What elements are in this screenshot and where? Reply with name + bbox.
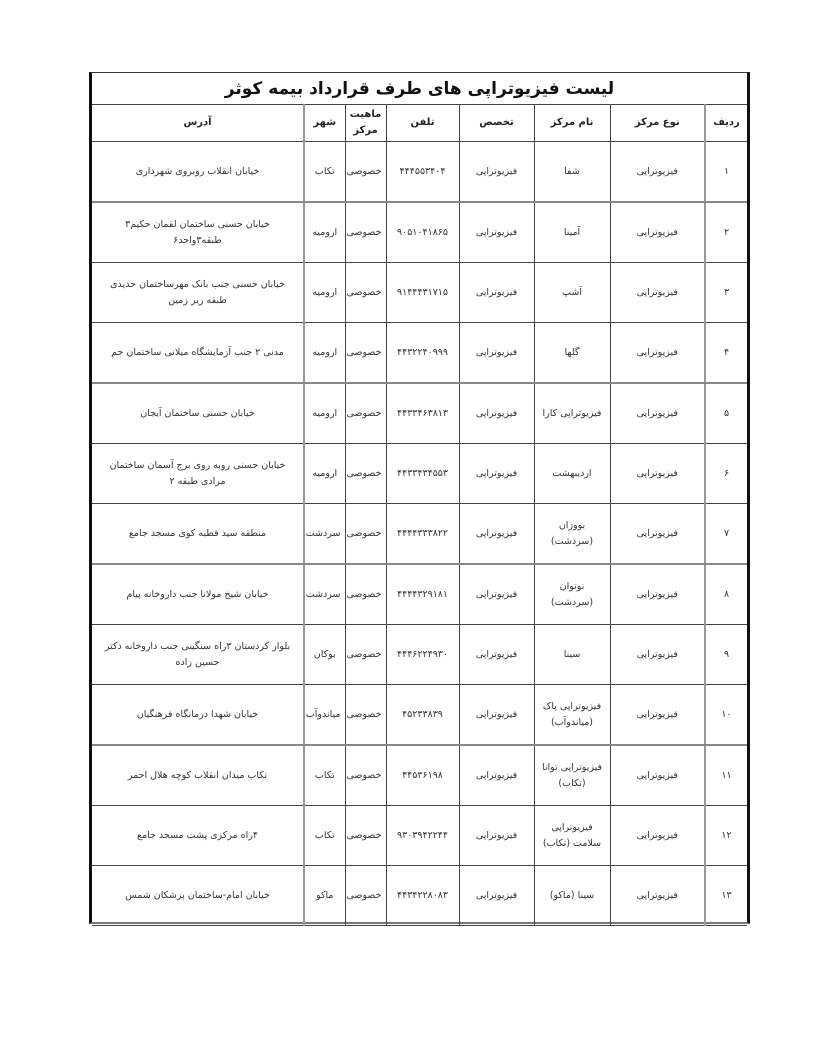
cell-specialty: فیزیوتراپی	[459, 564, 534, 625]
cell-center-name: فیزیوتراپی توانا (تکاب)	[534, 745, 610, 806]
cell-phone: ۴۴۴۵۵۳۴۰۴	[386, 142, 459, 203]
cell-center-name: فیزیوتراپی سلامت (تکاب)	[534, 806, 610, 866]
cell-index: ۱۰	[705, 685, 747, 746]
cell-index: ۶	[705, 444, 747, 504]
cell-city: ارومیه	[304, 202, 345, 263]
cell-address: خیابان حسنی جنب بانک مهرساختمان حدیدی طب…	[92, 263, 304, 323]
cell-center-type: فیزیوتراپی	[610, 625, 705, 685]
cell-city: سردشت	[304, 504, 345, 565]
cell-phone: ۴۴۵۳۶۱۹۸	[386, 745, 459, 806]
table-row: ۵ فیزیوتراپی فیزیوتراپی کارا فیزیوتراپی …	[92, 383, 747, 444]
cell-center-name: سینا	[534, 625, 610, 685]
cell-center-type: فیزیوتراپی	[610, 202, 705, 263]
cell-specialty: فیزیوتراپی	[459, 806, 534, 866]
cell-ownership: خصوصی	[345, 564, 386, 625]
cell-address: بلوار کردستان ۳راه سنگینی جنب داروخانه د…	[92, 625, 304, 685]
cell-center-name: نوتوان (سردشت)	[534, 564, 610, 625]
cell-index: ۹	[705, 625, 747, 685]
document-title: لیست فیزیوتراپی های طرف قرارداد بیمه کوث…	[92, 73, 747, 105]
cell-index: ۵	[705, 383, 747, 444]
cell-center-name: سینا (ماکو)	[534, 866, 610, 926]
cell-phone: ۴۴۳۴۲۲۸۰۸۳	[386, 866, 459, 926]
table-row: ۳ فیزیوتراپی آشپ فیزیوتراپی ۹۱۴۴۴۳۱۷۱۵ خ…	[92, 263, 747, 323]
cell-ownership: خصوصی	[345, 806, 386, 866]
header-ownership: ماهیت مرکز	[345, 105, 386, 142]
cell-center-type: فیزیوتراپی	[610, 745, 705, 806]
cell-center-type: فیزیوتراپی	[610, 323, 705, 384]
cell-center-name: فیزیوتراپی کارا	[534, 383, 610, 444]
cell-center-type: فیزیوتراپی	[610, 383, 705, 444]
cell-ownership: خصوصی	[345, 685, 386, 746]
cell-index: ۴	[705, 323, 747, 384]
cell-center-name: شفا	[534, 142, 610, 203]
cell-phone: ۹۳۰۳۹۴۲۲۴۴	[386, 806, 459, 866]
cell-index: ۱۳	[705, 866, 747, 926]
cell-ownership: خصوصی	[345, 263, 386, 323]
cell-index: ۲	[705, 202, 747, 263]
cell-phone: ۴۴۳۳۴۶۳۸۱۳	[386, 383, 459, 444]
cell-specialty: فیزیوتراپی	[459, 625, 534, 685]
cell-address: خیابان حسنی ساختمان لقمان حکیم۳ طبقه۳واح…	[92, 202, 304, 263]
cell-specialty: فیزیوتراپی	[459, 504, 534, 565]
table-row: ۱۰ فیزیوتراپی فیزیوتراپی پاک (میاندوآب) …	[92, 685, 747, 746]
cell-city: ارومیه	[304, 444, 345, 504]
header-center-name: نام مرکز	[534, 105, 610, 142]
cell-phone: ۴۴۴۴۳۲۹۱۸۱	[386, 564, 459, 625]
cell-specialty: فیزیوتراپی	[459, 866, 534, 926]
cell-address: مدنی ۲ جنب آزمایشگاه میلانی ساختمان جم	[92, 323, 304, 384]
cell-address: خیابان شیخ مولانا جنب داروخانه پیام	[92, 564, 304, 625]
cell-ownership: خصوصی	[345, 745, 386, 806]
cell-city: بوکان	[304, 625, 345, 685]
cell-city: میاندوآب	[304, 685, 345, 746]
cell-city: ارومیه	[304, 323, 345, 384]
cell-center-type: فیزیوتراپی	[610, 806, 705, 866]
cell-address: خیابان انقلاب روبروی شهرداری	[92, 142, 304, 203]
cell-address: منطقه سید قطبه کوی مسجد جامع	[92, 504, 304, 565]
cell-city: تکاب	[304, 142, 345, 203]
header-address: آدرس	[92, 105, 304, 142]
table-row: ۱۱ فیزیوتراپی فیزیوتراپی توانا (تکاب) فی…	[92, 745, 747, 806]
table-header-row: ردیف نوع مرکز نام مرکز تخصص تلفن ماهیت م…	[92, 105, 747, 142]
table-row: ۶ فیزیوتراپی اردیبهشت فیزیوتراپی ۴۴۳۳۴۳۴…	[92, 444, 747, 504]
header-specialty: تخصص	[459, 105, 534, 142]
cell-ownership: خصوصی	[345, 625, 386, 685]
cell-center-type: فیزیوتراپی	[610, 685, 705, 746]
cell-center-name: گلها	[534, 323, 610, 384]
cell-ownership: خصوصی	[345, 202, 386, 263]
cell-specialty: فیزیوتراپی	[459, 745, 534, 806]
table-row: ۹ فیزیوتراپی سینا فیزیوتراپی ۴۴۴۶۲۲۴۹۳۰ …	[92, 625, 747, 685]
cell-address: خیابان شهدا درمانگاه فرهنگیان	[92, 685, 304, 746]
cell-specialty: فیزیوتراپی	[459, 383, 534, 444]
table-row: ۲ فیزیوتراپی آمینا فیزیوتراپی ۹۰۵۱۰۴۱۸۶۵…	[92, 202, 747, 263]
table-row: ۴ فیزیوتراپی گلها فیزیوتراپی ۴۴۳۲۲۴۰۹۹۹ …	[92, 323, 747, 384]
physiotherapy-centers-table: ردیف نوع مرکز نام مرکز تخصص تلفن ماهیت م…	[92, 104, 747, 926]
header-phone: تلفن	[386, 105, 459, 142]
document-sheet: لیست فیزیوتراپی های طرف قرارداد بیمه کوث…	[89, 72, 750, 924]
cell-phone: ۴۵۲۳۳۸۳۹	[386, 685, 459, 746]
table-row: ۱ فیزیوتراپی شفا فیزیوتراپی ۴۴۴۵۵۳۴۰۴ خص…	[92, 142, 747, 203]
cell-ownership: خصوصی	[345, 866, 386, 926]
cell-city: ماکو	[304, 866, 345, 926]
header-city: شهر	[304, 105, 345, 142]
cell-city: تکاب	[304, 745, 345, 806]
cell-center-type: فیزیوتراپی	[610, 263, 705, 323]
header-center-type: نوع مرکز	[610, 105, 705, 142]
table-row: ۱۳ فیزیوتراپی سینا (ماکو) فیزیوتراپی ۴۴۳…	[92, 866, 747, 926]
cell-phone: ۹۰۵۱۰۴۱۸۶۵	[386, 202, 459, 263]
cell-center-type: فیزیوتراپی	[610, 504, 705, 565]
cell-address: خیابان حسنی روبه روی برج آسمان ساختمان م…	[92, 444, 304, 504]
cell-center-name: فیزیوتراپی پاک (میاندوآب)	[534, 685, 610, 746]
cell-center-type: فیزیوتراپی	[610, 142, 705, 203]
cell-center-type: فیزیوتراپی	[610, 866, 705, 926]
cell-address: ۴راه مرکزی پشت مسجد جامع	[92, 806, 304, 866]
cell-ownership: خصوصی	[345, 444, 386, 504]
cell-index: ۳	[705, 263, 747, 323]
cell-address: خیابان امام-ساختمان پزشکان شمس	[92, 866, 304, 926]
cell-ownership: خصوصی	[345, 504, 386, 565]
cell-index: ۱۲	[705, 806, 747, 866]
cell-phone: ۴۴۳۲۲۴۰۹۹۹	[386, 323, 459, 384]
cell-center-type: فیزیوتراپی	[610, 444, 705, 504]
cell-center-name: بووژان (سردشت)	[534, 504, 610, 565]
cell-specialty: فیزیوتراپی	[459, 685, 534, 746]
cell-index: ۱	[705, 142, 747, 203]
cell-city: تکاب	[304, 806, 345, 866]
cell-specialty: فیزیوتراپی	[459, 202, 534, 263]
cell-address: تکاب میدان انقلاب کوچه هلال احمر	[92, 745, 304, 806]
cell-address: خیابان حسنی ساختمان آیجان	[92, 383, 304, 444]
cell-ownership: خصوصی	[345, 142, 386, 203]
header-index: ردیف	[705, 105, 747, 142]
table-row: ۷ فیزیوتراپی بووژان (سردشت) فیزیوتراپی ۴…	[92, 504, 747, 565]
cell-phone: ۴۴۴۴۳۳۳۸۲۲	[386, 504, 459, 565]
cell-specialty: فیزیوتراپی	[459, 142, 534, 203]
cell-center-name: اردیبهشت	[534, 444, 610, 504]
cell-ownership: خصوصی	[345, 383, 386, 444]
cell-specialty: فیزیوتراپی	[459, 323, 534, 384]
cell-center-name: آشپ	[534, 263, 610, 323]
cell-specialty: فیزیوتراپی	[459, 444, 534, 504]
cell-city: ارومیه	[304, 263, 345, 323]
table-row: ۸ فیزیوتراپی نوتوان (سردشت) فیزیوتراپی ۴…	[92, 564, 747, 625]
table-row: ۱۲ فیزیوتراپی فیزیوتراپی سلامت (تکاب) فی…	[92, 806, 747, 866]
cell-ownership: خصوصی	[345, 323, 386, 384]
cell-specialty: فیزیوتراپی	[459, 263, 534, 323]
cell-phone: ۴۴۴۶۲۲۴۹۳۰	[386, 625, 459, 685]
cell-center-type: فیزیوتراپی	[610, 564, 705, 625]
cell-phone: ۹۱۴۴۴۳۱۷۱۵	[386, 263, 459, 323]
cell-index: ۸	[705, 564, 747, 625]
cell-phone: ۴۴۳۳۴۳۴۵۵۳	[386, 444, 459, 504]
cell-index: ۷	[705, 504, 747, 565]
cell-index: ۱۱	[705, 745, 747, 806]
cell-center-name: آمینا	[534, 202, 610, 263]
cell-city: ارومیه	[304, 383, 345, 444]
cell-city: سردشت	[304, 564, 345, 625]
